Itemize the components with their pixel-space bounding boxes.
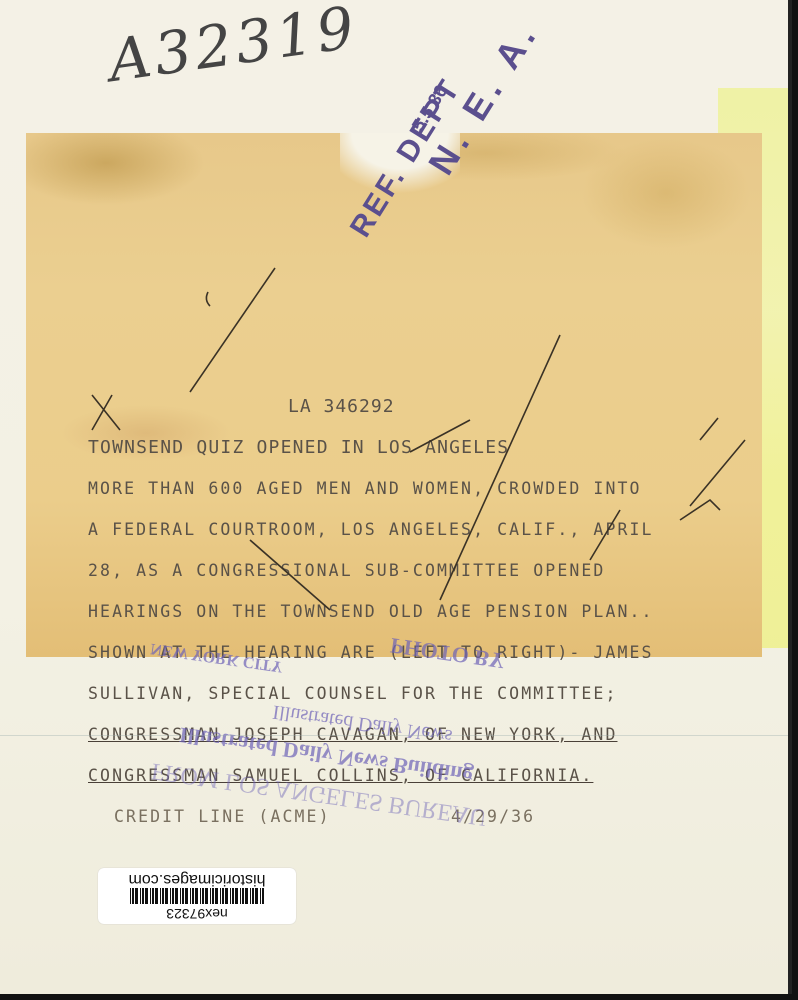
- handwritten-id: A32319: [104, 0, 361, 95]
- caption-line: A FEDERAL COURTROOM, LOS ANGELES, CALIF.…: [88, 520, 654, 541]
- caption-line: MORE THAN 600 AGED MEN AND WOMEN, CROWDE…: [88, 479, 654, 500]
- barcode-label: nex97323 historicimages.com: [98, 868, 296, 924]
- caption-line: HEARINGS ON THE TOWNSEND OLD AGE PENSION…: [88, 602, 654, 623]
- caption-line: SULLIVAN, SPECIAL COUNSEL FOR THE COMMIT…: [88, 684, 654, 705]
- fold-line: [0, 735, 792, 736]
- scan-edge: [788, 0, 792, 994]
- caption-line: 28, AS A CONGRESSIONAL SUB-COMMITTEE OPE…: [88, 561, 654, 582]
- label-code: nex97323: [98, 906, 296, 922]
- barcode-icon: [130, 888, 264, 904]
- photo-back-sheet: A32319 REF. DEPT 5.5 36 N. E. A. LA 3462…: [0, 0, 792, 994]
- label-site: historicimages.com: [98, 870, 296, 888]
- caption-headline: TOWNSEND QUIZ OPENED IN LOS ANGELES: [88, 438, 654, 459]
- caption-id: LA 346292: [88, 397, 654, 418]
